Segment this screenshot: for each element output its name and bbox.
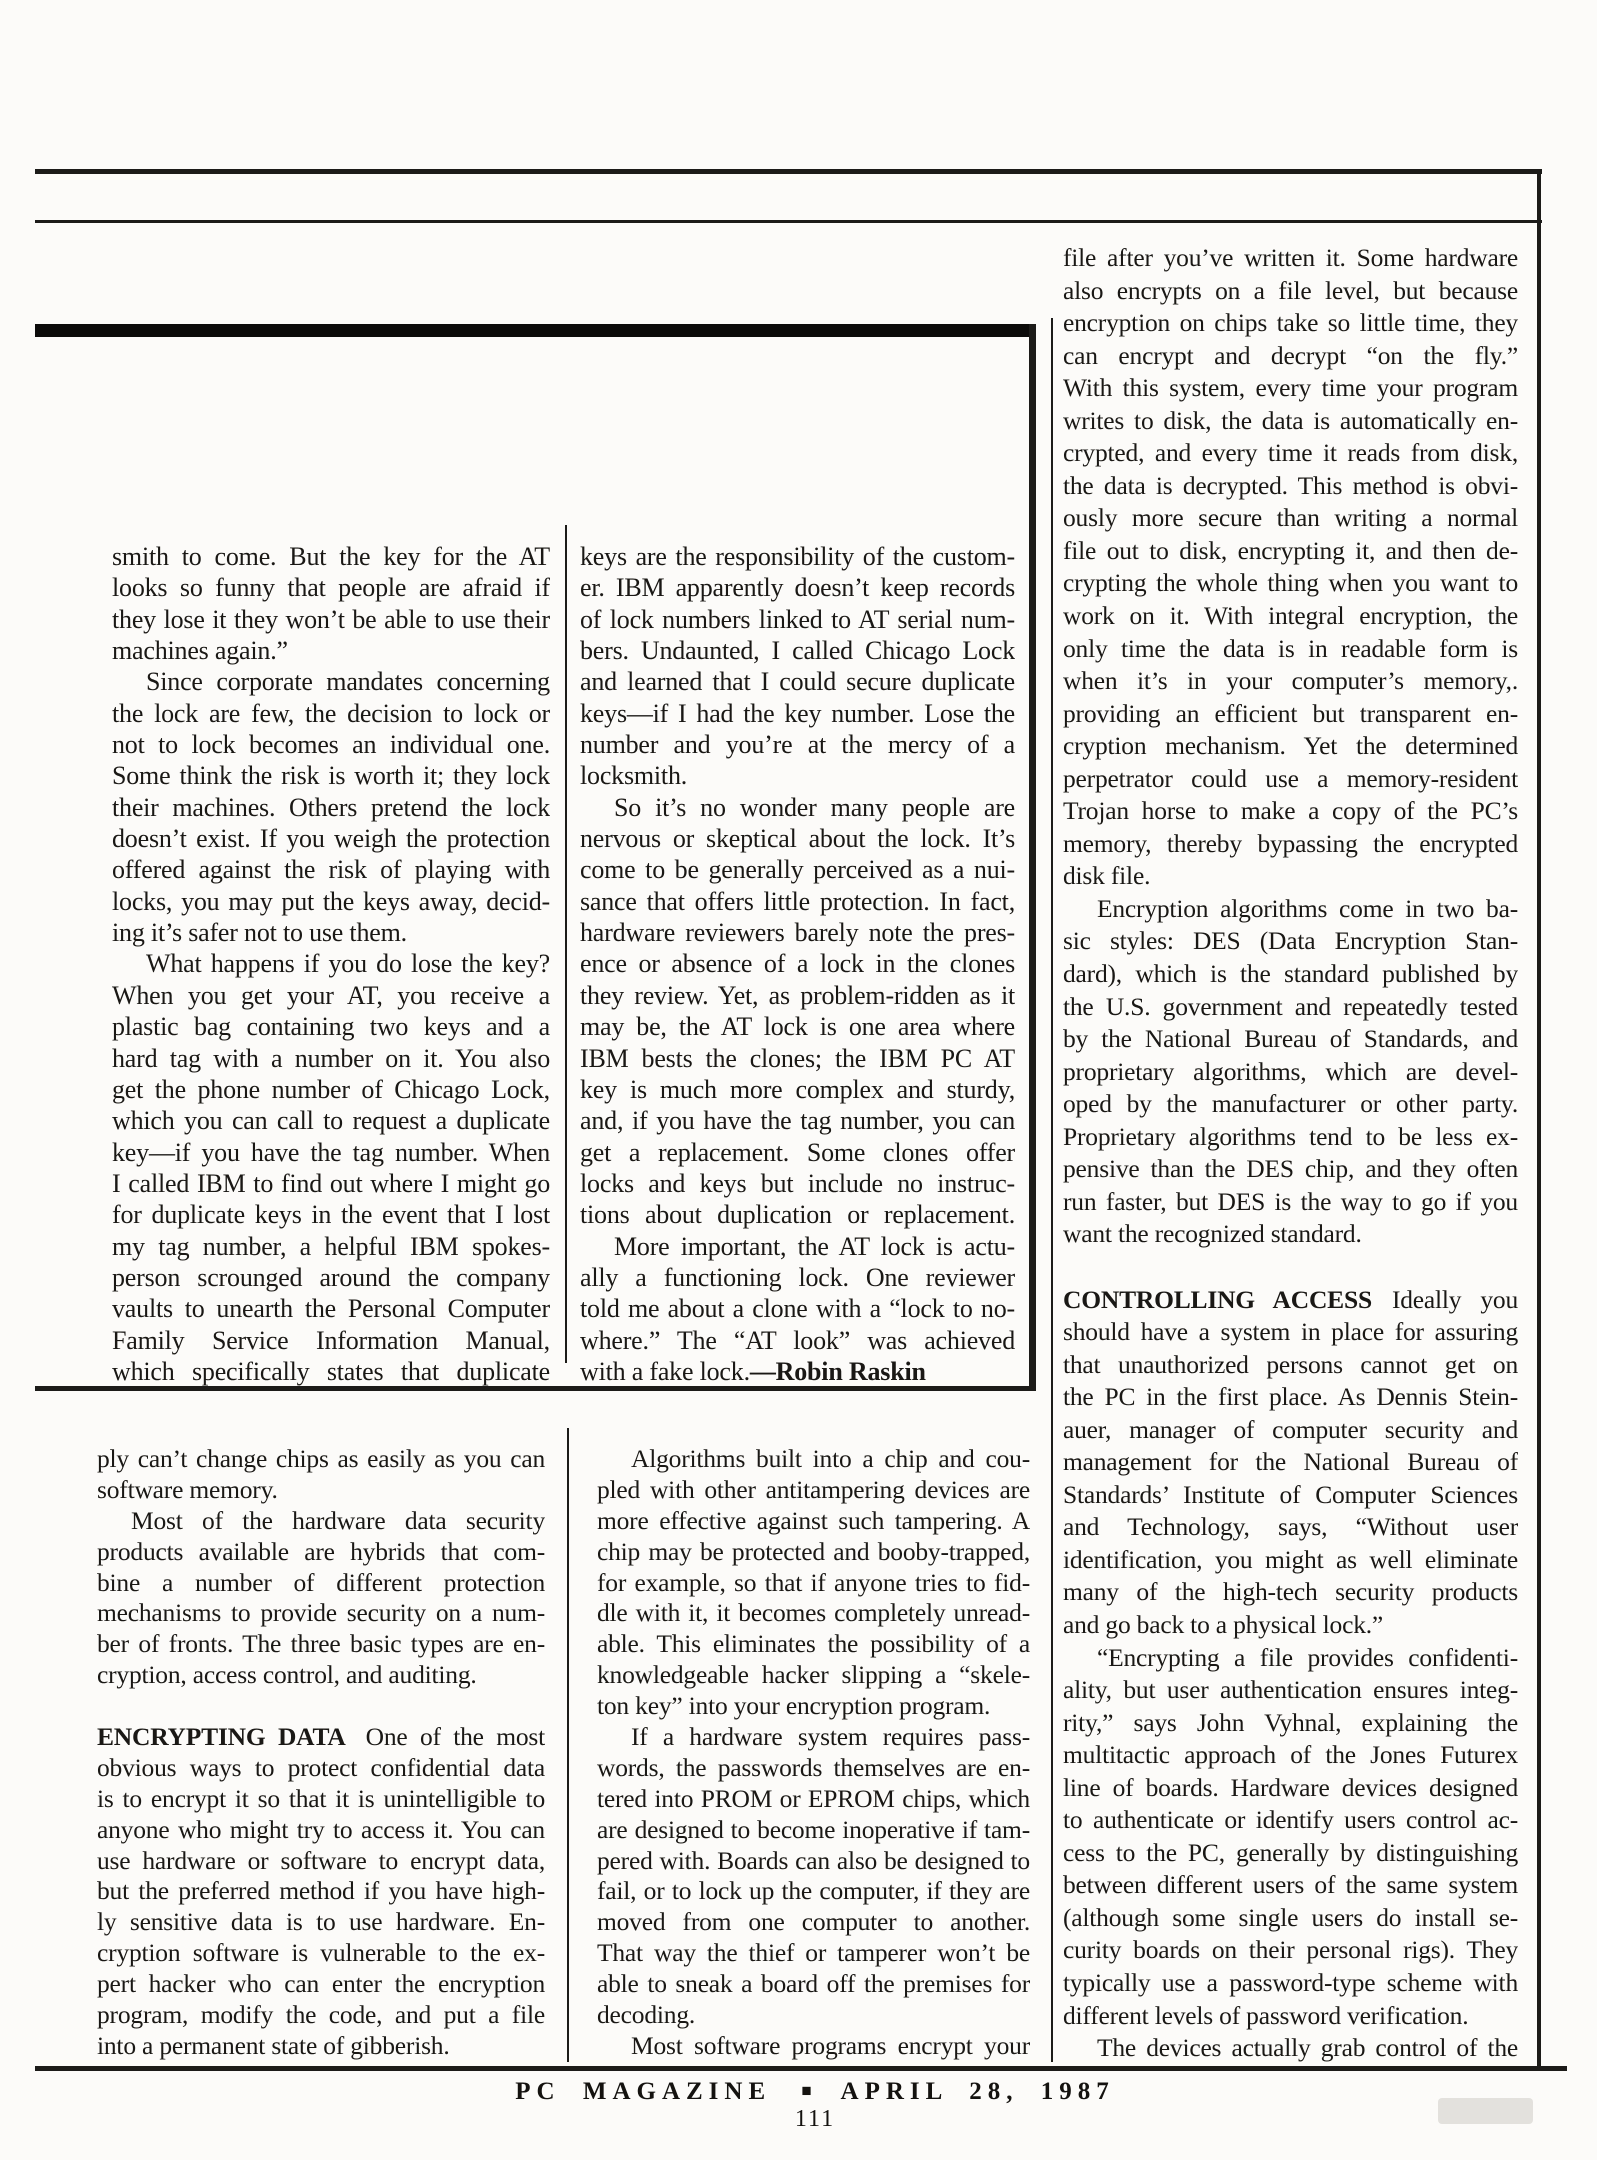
heading-line: CONTROLLING ACCESSIdeally you xyxy=(1063,1284,1518,1317)
text-line: for example, so that if anyone tries to … xyxy=(597,1568,1030,1599)
text-line: smith to come. But the key for the AT xyxy=(112,541,550,572)
text-line: vaults to unearth the Personal Computer xyxy=(112,1293,550,1324)
main-column-divider xyxy=(1051,318,1053,2062)
text-line: cryption, access control, and auditing. xyxy=(97,1660,545,1691)
text-line: providing an efficient but transparent e… xyxy=(1063,698,1518,731)
text-line: sic styles: DES (Data Encryption Stan- xyxy=(1063,925,1518,958)
text-line: told me about a clone with a “lock to no… xyxy=(580,1293,1015,1324)
text-line: and go back to a physical lock.” xyxy=(1063,1609,1518,1642)
text-line: come to be generally perceived as a nui- xyxy=(580,854,1015,885)
text-line: between different users of the same syst… xyxy=(1063,1869,1518,1902)
text-line: tered into PROM or EPROM chips, which xyxy=(597,1784,1030,1815)
text-line: Trojan horse to make a copy of the PC’s xyxy=(1063,795,1518,828)
text-line: locks and keys but include no instruc- xyxy=(580,1168,1015,1199)
text-line: key is much more complex and sturdy, xyxy=(580,1074,1015,1105)
issue-date: APRIL 28, 1987 xyxy=(841,2078,1115,2105)
text-line: person scrounged around the company xyxy=(112,1262,550,1293)
text-line: writes to disk, the data is automaticall… xyxy=(1063,405,1518,438)
text-line: software memory. xyxy=(97,1475,545,1506)
text-line: plastic bag containing two keys and a xyxy=(112,1011,550,1042)
text-line: doesn’t exist. If you weigh the protecti… xyxy=(112,823,550,854)
text-line: the PC in the first place. As Dennis Ste… xyxy=(1063,1381,1518,1414)
scan-smudge xyxy=(1438,2098,1533,2124)
footer-rule xyxy=(35,2066,1567,2071)
text-line: crypting the whole thing when you want t… xyxy=(1063,567,1518,600)
text-line: curity boards on their personal rigs). T… xyxy=(1063,1934,1518,1967)
text-line: mechanisms to provide security on a num- xyxy=(97,1598,545,1629)
text-line: get the phone number of Chicago Lock, xyxy=(112,1074,550,1105)
text-line: their machines. Others pretend the lock xyxy=(112,792,550,823)
text-line: proprietary algorithms, which are devel- xyxy=(1063,1056,1518,1089)
text-line: ber of fronts. The three basic types are… xyxy=(97,1629,545,1660)
text-line: my tag number, a helpful IBM spokes- xyxy=(112,1231,550,1262)
text-line: which you can call to request a duplicat… xyxy=(112,1105,550,1136)
text-line: ing it’s safer not to use them. xyxy=(112,917,550,948)
text-line: for duplicate keys in the event that I l… xyxy=(112,1199,550,1230)
text-line: the lock are few, the decision to lock o… xyxy=(112,698,550,729)
text-line: locksmith. xyxy=(580,760,1015,791)
text-line: So it’s no wonder many people are xyxy=(580,792,1015,823)
text-line: when it’s in your computer’s memory,. xyxy=(1063,665,1518,698)
text-line: With this system, every time your progra… xyxy=(1063,372,1518,405)
text-line: The devices actually grab control of the xyxy=(1063,2032,1518,2065)
text-line: cryption mechanism. Yet the determined xyxy=(1063,730,1518,763)
text-line: products available are hybrids that com- xyxy=(97,1537,545,1568)
text-line: If a hardware system requires pass- xyxy=(597,1722,1030,1753)
text-line: bers. Undaunted, I called Chicago Lock xyxy=(580,635,1015,666)
text-line: only time the data is in readable form i… xyxy=(1063,633,1518,666)
text-line: get a replacement. Some clones offer xyxy=(580,1137,1015,1168)
heading-line: ENCRYPTING DATAOne of the most xyxy=(97,1722,545,1753)
text-line: knowledgeable hacker slipping a “skele- xyxy=(597,1660,1030,1691)
square-bullet-icon: ■ xyxy=(793,2081,819,2100)
blank-line xyxy=(1063,1251,1518,1284)
text-line: identification, you might as well elimin… xyxy=(1063,1544,1518,1577)
text-line: can encrypt and decrypt “on the fly.” xyxy=(1063,340,1518,373)
text-line: cryption software is vulnerable to the e… xyxy=(97,1938,545,1969)
text-line: auer, manager of computer security and xyxy=(1063,1414,1518,1447)
text-line: typically use a password-type scheme wit… xyxy=(1063,1967,1518,2000)
text-line: file out to disk, encrypting it, and the… xyxy=(1063,535,1518,568)
text-line: “Encrypting a file provides confidenti- xyxy=(1063,1642,1518,1675)
text-line: locks, you may put the keys away, decid- xyxy=(112,886,550,917)
text-line: pered with. Boards can also be designed … xyxy=(597,1846,1030,1877)
text-line: hardware reviewers barely note the pres- xyxy=(580,917,1015,948)
text-line: ly sensitive data is to use hardware. En… xyxy=(97,1907,545,1938)
text-line: What happens if you do lose the key? xyxy=(112,948,550,979)
text-line: words, the passwords themselves are en- xyxy=(597,1753,1030,1784)
text-line: of lock numbers linked to AT serial num- xyxy=(580,604,1015,635)
text-line: bine a number of different protection xyxy=(97,1568,545,1599)
text-line: Since corporate mandates concerning xyxy=(112,666,550,697)
text-line: Encryption algorithms come in two ba- xyxy=(1063,893,1518,926)
text-line: is to encrypt it so that it is unintelli… xyxy=(97,1784,545,1815)
text-line: oped by the manufacturer or other party. xyxy=(1063,1088,1518,1121)
text-line: they lose it they won’t be able to use t… xyxy=(112,604,550,635)
magazine-page: smith to come. But the key for the ATloo… xyxy=(0,0,1597,2160)
text-line: encryption on chips take so little time,… xyxy=(1063,307,1518,340)
magazine-name: PC MAGAZINE xyxy=(515,2078,771,2105)
text-line: When you get your AT, you receive a xyxy=(112,980,550,1011)
page-number: 111 xyxy=(60,2106,1570,2133)
text-line: management for the National Bureau of xyxy=(1063,1446,1518,1479)
text-line: fail, or to lock up the computer, if the… xyxy=(597,1876,1030,1907)
text-line: with a fake lock.—Robin Raskin xyxy=(580,1356,1015,1387)
text-line: keys are the responsibility of the custo… xyxy=(580,541,1015,572)
text-line: file after you’ve written it. Some hardw… xyxy=(1063,242,1518,275)
text-line: er. IBM apparently doesn’t keep records xyxy=(580,572,1015,603)
text-line: machines again.” xyxy=(112,635,550,666)
right-margin-rule xyxy=(1537,169,1541,2068)
sidebar-top-bar xyxy=(35,324,1035,337)
sidebar-col-right: keys are the responsibility of the custo… xyxy=(580,541,1015,1387)
text-line: use hardware or software to encrypt data… xyxy=(97,1846,545,1877)
text-line: pled with other antitampering devices ar… xyxy=(597,1475,1030,1506)
text-line: hard tag with a number on it. You also xyxy=(112,1043,550,1074)
text-line: work on it. With integral encryption, th… xyxy=(1063,600,1518,633)
text-line: multitactic approach of the Jones Future… xyxy=(1063,1739,1518,1772)
text-line: that unauthorized persons cannot get on xyxy=(1063,1349,1518,1382)
text-line: crypted, and every time it reads from di… xyxy=(1063,437,1518,470)
text-line: which specifically states that duplicate xyxy=(112,1356,550,1387)
text-line: decoding. xyxy=(597,2000,1030,2031)
text-line: not to lock becomes an individual one. xyxy=(112,729,550,760)
text-line: number and you’re at the mercy of a xyxy=(580,729,1015,760)
text-line: different levels of password verificatio… xyxy=(1063,2000,1518,2033)
text-line: memory, thereby bypassing the encrypted xyxy=(1063,828,1518,861)
text-line: nervous or skeptical about the lock. It’… xyxy=(580,823,1015,854)
text-line: ously more secure than writing a normal xyxy=(1063,502,1518,535)
text-line: by the National Bureau of Standards, and xyxy=(1063,1023,1518,1056)
text-line: obvious ways to protect confidential dat… xyxy=(97,1753,545,1784)
blank-line xyxy=(97,1691,545,1722)
text-line: key—if you have the tag number. When xyxy=(112,1137,550,1168)
text-line: more effective against such tampering. A xyxy=(597,1506,1030,1537)
text-line: disk file. xyxy=(1063,860,1518,893)
text-line: moved from one computer to another. xyxy=(597,1907,1030,1938)
bottom-column-divider xyxy=(567,1428,569,2062)
sidebar-column-divider xyxy=(565,525,567,1363)
text-line: line of boards. Hardware devices designe… xyxy=(1063,1772,1518,1805)
text-line: but the preferred method if you have hig… xyxy=(97,1876,545,1907)
text-line: run faster, but DES is the way to go if … xyxy=(1063,1186,1518,1219)
text-line: chip may be protected and booby-trapped, xyxy=(597,1537,1030,1568)
footer: PC MAGAZINE ■ APRIL 28, 1987 xyxy=(60,2078,1570,2106)
header-rule-bottom xyxy=(35,220,1542,223)
text-line: cess to the PC, generally by distinguish… xyxy=(1063,1837,1518,1870)
text-line: I called IBM to find out where I might g… xyxy=(112,1168,550,1199)
text-line: are designed to become inoperative if ta… xyxy=(597,1815,1030,1846)
text-line: ence or absence of a lock in the clones xyxy=(580,948,1015,979)
text-line: ally a functioning lock. One reviewer xyxy=(580,1262,1015,1293)
text-line: they review. Yet, as problem-ridden as i… xyxy=(580,980,1015,1011)
text-line: More important, the AT lock is actu- xyxy=(580,1231,1015,1262)
text-line: able to sneak a board off the premises f… xyxy=(597,1969,1030,2000)
text-line: the U.S. government and repeatedly teste… xyxy=(1063,991,1518,1024)
text-line: ality, but user authentication ensures i… xyxy=(1063,1674,1518,1707)
text-line: ton key” into your encryption program. xyxy=(597,1691,1030,1722)
text-line: where.” The “AT look” was achieved xyxy=(580,1325,1015,1356)
text-line: able. This eliminates the possibility of… xyxy=(597,1629,1030,1660)
text-line: Family Service Information Manual, xyxy=(112,1325,550,1356)
sidebar-right-border xyxy=(1029,324,1036,1391)
text-line: dle with it, it becomes completely unrea… xyxy=(597,1598,1030,1629)
text-line: and learned that I could secure duplicat… xyxy=(580,666,1015,697)
text-line: Algorithms built into a chip and cou- xyxy=(597,1444,1030,1475)
text-line: may be, the AT lock is one area where xyxy=(580,1011,1015,1042)
text-line: should have a system in place for assuri… xyxy=(1063,1316,1518,1349)
text-line: Standards’ Institute of Computer Science… xyxy=(1063,1479,1518,1512)
text-line: dard), which is the standard published b… xyxy=(1063,958,1518,991)
text-line: and, if you have the tag number, you can xyxy=(580,1105,1015,1136)
text-line: offered against the risk of playing with xyxy=(112,854,550,885)
sidebar-col-left: smith to come. But the key for the ATloo… xyxy=(112,541,550,1387)
text-line: That way the thief or tamperer won’t be xyxy=(597,1938,1030,1969)
text-line: Proprietary algorithms tend to be less e… xyxy=(1063,1121,1518,1154)
text-line: IBM bests the clones; the IBM PC AT xyxy=(580,1043,1015,1074)
text-line: Most software programs encrypt your xyxy=(597,2031,1030,2062)
text-line: anyone who might try to access it. You c… xyxy=(97,1815,545,1846)
text-line: rity,” says John Vyhnal, explaining the xyxy=(1063,1707,1518,1740)
text-line: tions about duplication or replacement. xyxy=(580,1199,1015,1230)
text-line: and Technology, says, “Without user xyxy=(1063,1511,1518,1544)
text-line: to authenticate or identify users contro… xyxy=(1063,1804,1518,1837)
text-line: want the recognized standard. xyxy=(1063,1218,1518,1251)
text-line: the data is decrypted. This method is ob… xyxy=(1063,470,1518,503)
text-line: Most of the hardware data security xyxy=(97,1506,545,1537)
bottom-left-column: ply can’t change chips as easily as you … xyxy=(97,1444,545,2062)
right-column: file after you’ve written it. Some hardw… xyxy=(1063,242,1518,2065)
text-line: ply can’t change chips as easily as you … xyxy=(97,1444,545,1475)
bottom-middle-column: Algorithms built into a chip and cou-ple… xyxy=(597,1444,1030,2062)
header-rule-top xyxy=(35,169,1542,174)
text-line: program, modify the code, and put a file xyxy=(97,2000,545,2031)
text-line: keys—if I had the key number. Lose the xyxy=(580,698,1015,729)
text-line: pert hacker who can enter the encryption xyxy=(97,1969,545,2000)
text-line: looks so funny that people are afraid if xyxy=(112,572,550,603)
text-line: into a permanent state of gibberish. xyxy=(97,2031,545,2062)
text-line: many of the high-tech security products xyxy=(1063,1576,1518,1609)
text-line: perpetrator could use a memory-resident xyxy=(1063,763,1518,796)
text-line: (although some single users do install s… xyxy=(1063,1902,1518,1935)
text-line: sance that offers little protection. In … xyxy=(580,886,1015,917)
text-line: also encrypts on a file level, but becau… xyxy=(1063,275,1518,308)
text-line: Some think the risk is worth it; they lo… xyxy=(112,760,550,791)
text-line: pensive than the DES chip, and they ofte… xyxy=(1063,1153,1518,1186)
